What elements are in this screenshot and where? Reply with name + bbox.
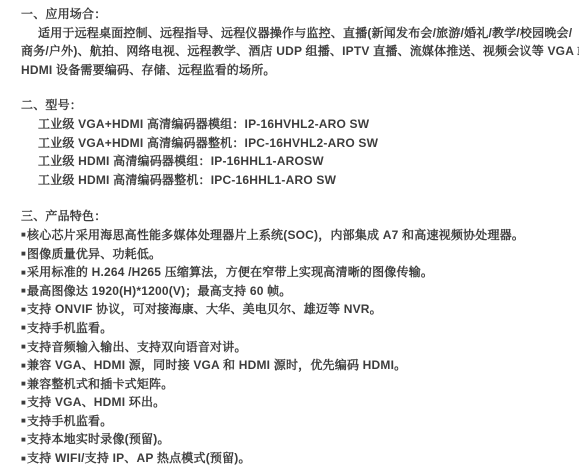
section-features: 三、产品特色： ■核心芯片采用海思高性能多媒体处理器片上系统(SOC)，内部集成… — [21, 207, 575, 467]
bullet-square-icon: ■ — [21, 264, 26, 283]
feature-item: ■兼容 VGA、HDMI 源，同时接 VGA 和 HDMI 源时，优先编码 HD… — [21, 356, 575, 375]
section-heading-features: 三、产品特色： — [21, 207, 575, 226]
section-application: 一、应用场合： 适用于远程桌面控制、远程指导、远程仪器操作与监控、直播(新闻发布… — [21, 5, 575, 79]
paragraph-line: HDMI 设备需要编码、存储、远程监看的场所。 — [21, 61, 575, 80]
feature-text: 核心芯片采用海思高性能多媒体处理器片上系统(SOC)，内部集成 A7 和高速视频… — [27, 228, 524, 242]
feature-item: ■图像质量优异、功耗低。 — [21, 245, 575, 264]
feature-text: 支持手机监看。 — [27, 414, 112, 428]
bullet-square-icon: ■ — [21, 431, 26, 450]
section-heading-models: 二、型号： — [21, 96, 575, 115]
feature-item: ■兼容整机式和插卡式矩阵。 — [21, 375, 575, 394]
feature-item: ■支持 VGA、HDMI 环出。 — [21, 393, 575, 412]
feature-item: ■最高图像达 1920(H)*1200(V)；最高支持 60 帧。 — [21, 282, 575, 301]
bullet-square-icon: ■ — [21, 245, 26, 264]
feature-text: 兼容整机式和插卡式矩阵。 — [27, 377, 173, 391]
model-line: 工业级 HDMI 高清编码器模组：IP-16HHL1-AROSW — [21, 152, 575, 171]
bullet-square-icon: ■ — [21, 375, 26, 394]
feature-text: 采用标准的 H.264 /H265 压缩算法，方便在窄带上实现高清晰的图像传输。 — [27, 265, 433, 279]
bullet-square-icon: ■ — [21, 450, 26, 467]
feature-text: 支持 WIFI/支持 IP、AP 热点模式(预留)。 — [27, 451, 251, 465]
feature-item: ■核心芯片采用海思高性能多媒体处理器片上系统(SOC)，内部集成 A7 和高速视… — [21, 226, 575, 245]
feature-item: ■支持 ONVIF 协议，可对接海康、大华、美电贝尔、雄迈等 NVR。 — [21, 300, 575, 319]
document-page: 一、应用场合： 适用于远程桌面控制、远程指导、远程仪器操作与监控、直播(新闻发布… — [0, 0, 579, 467]
section-heading-application: 一、应用场合： — [21, 5, 575, 24]
feature-text: 图像质量优异、功耗低。 — [27, 247, 161, 261]
feature-text: 支持 ONVIF 协议，可对接海康、大华、美电贝尔、雄迈等 NVR。 — [27, 302, 382, 316]
feature-text: 兼容 VGA、HDMI 源，同时接 VGA 和 HDMI 源时，优先编码 HDM… — [27, 358, 406, 372]
model-line: 工业级 HDMI 高清编码器整机：IPC-16HHL1-ARO SW — [21, 171, 575, 190]
bullet-square-icon: ■ — [21, 282, 26, 301]
model-line: 工业级 VGA+HDMI 高清编码器模组：IP-16HVHL2-ARO SW — [21, 115, 575, 134]
paragraph-line: 商务/户外)、航拍、网络电视、远程教学、酒店 UDP 组播、IPTV 直播、流媒… — [21, 42, 575, 61]
feature-text: 支持手机监看。 — [27, 321, 112, 335]
feature-text: 支持音频输入输出、支持双向语音对讲。 — [27, 340, 247, 354]
bullet-square-icon: ■ — [21, 338, 26, 357]
feature-item: ■支持本地实时录像(预留)。 — [21, 430, 575, 449]
paragraph-line: 适用于远程桌面控制、远程指导、远程仪器操作与监控、直播(新闻发布会/旅游/婚礼/… — [21, 24, 575, 43]
model-line: 工业级 VGA+HDMI 高清编码器整机：IPC-16HVHL2-ARO SW — [21, 134, 575, 153]
bullet-square-icon: ■ — [21, 226, 26, 245]
feature-item: ■支持手机监看。 — [21, 412, 575, 431]
feature-text: 支持 VGA、HDMI 环出。 — [27, 395, 165, 409]
bullet-square-icon: ■ — [21, 319, 26, 338]
bullet-square-icon: ■ — [21, 357, 26, 376]
bullet-square-icon: ■ — [21, 412, 26, 431]
bullet-square-icon: ■ — [21, 394, 26, 413]
feature-text: 支持本地实时录像(预留)。 — [27, 432, 170, 446]
feature-item: ■支持手机监看。 — [21, 319, 575, 338]
feature-text: 最高图像达 1920(H)*1200(V)；最高支持 60 帧。 — [27, 284, 291, 298]
feature-item: ■采用标准的 H.264 /H265 压缩算法，方便在窄带上实现高清晰的图像传输… — [21, 263, 575, 282]
feature-item: ■支持 WIFI/支持 IP、AP 热点模式(预留)。 — [21, 449, 575, 467]
feature-item: ■支持音频输入输出、支持双向语音对讲。 — [21, 338, 575, 357]
section-models: 二、型号： 工业级 VGA+HDMI 高清编码器模组：IP-16HVHL2-AR… — [21, 96, 575, 189]
bullet-square-icon: ■ — [21, 301, 26, 320]
